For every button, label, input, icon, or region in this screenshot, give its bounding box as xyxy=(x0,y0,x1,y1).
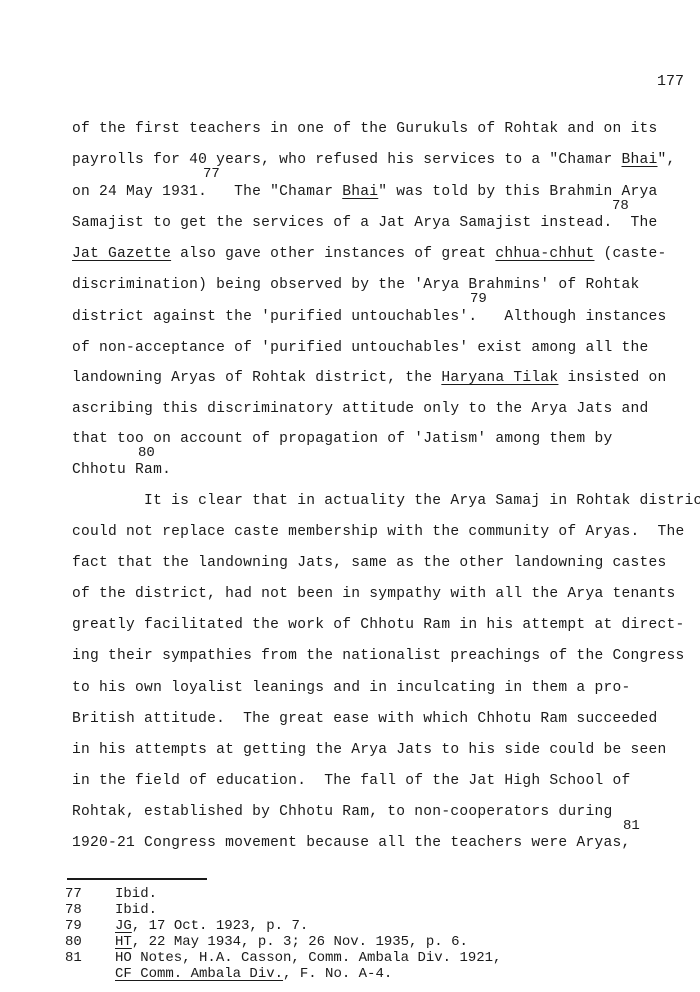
text-run: HO Notes, H.A. Casson, Comm. Ambala Div.… xyxy=(115,950,501,966)
text-line: Jat Gazette also gave other instances of… xyxy=(72,246,667,262)
superscript-77: 77 xyxy=(203,166,220,182)
text-line: greatly facilitated the work of Chhotu R… xyxy=(72,617,685,633)
text-run: Rohtak, established by Chhotu Ram, to no… xyxy=(72,804,612,820)
text-line: Rohtak, established by Chhotu Ram, to no… xyxy=(72,804,612,820)
superscript-81: 81 xyxy=(623,818,640,834)
superscript-79: 79 xyxy=(470,291,487,307)
footnote-number: 79 xyxy=(65,918,82,934)
text-run: of the district, had not been in sympath… xyxy=(72,586,676,602)
text-run: ", xyxy=(658,152,676,168)
superscript-78: 78 xyxy=(612,198,629,214)
text-run: ing their sympathies from the nationalis… xyxy=(72,648,685,664)
text-run: district against the 'purified untouchab… xyxy=(72,309,667,325)
text-line: discrimination) being observed by the 'A… xyxy=(72,277,639,293)
text-line: British attitude. The great ease with wh… xyxy=(72,711,658,727)
underlined-text: CF Comm. Ambala Div. xyxy=(115,966,283,982)
text-run: could not replace caste membership with … xyxy=(72,524,685,540)
text-line: ascribing this discriminatory attitude o… xyxy=(72,401,649,417)
text-line: to his own loyalist leanings and in incu… xyxy=(72,680,630,696)
text-run: , 17 Oct. 1923, p. 7. xyxy=(132,918,308,934)
footnote-text: HT, 22 May 1934, p. 3; 26 Nov. 1935, p. … xyxy=(115,934,468,950)
text-run: ascribing this discriminatory attitude o… xyxy=(72,401,649,417)
underlined-text: Bhai xyxy=(342,184,378,200)
text-line: could not replace caste membership with … xyxy=(72,524,685,540)
text-run: (caste- xyxy=(594,246,666,262)
text-line: of the district, had not been in sympath… xyxy=(72,586,676,602)
text-run: insisted on xyxy=(558,370,666,386)
footnote-number: 77 xyxy=(65,886,82,902)
underlined-text: Haryana Tilak xyxy=(441,370,558,386)
text-line: payrolls for 40 years, who refused his s… xyxy=(72,152,676,168)
text-run: in the field of education. The fall of t… xyxy=(72,773,630,789)
footnote-text: HO Notes, H.A. Casson, Comm. Ambala Div.… xyxy=(115,950,501,966)
footnote-text: CF Comm. Ambala Div., F. No. A-4. xyxy=(115,966,392,982)
text-line: district against the 'purified untouchab… xyxy=(72,309,667,325)
text-run: of the first teachers in one of the Guru… xyxy=(72,121,658,137)
page-number: 177 xyxy=(657,73,684,90)
text-run: payrolls for 40 years, who refused his s… xyxy=(72,152,621,168)
text-run: landowning Aryas of Rohtak district, the xyxy=(72,370,441,386)
text-line: in the field of education. The fall of t… xyxy=(72,773,630,789)
footnote-number: 80 xyxy=(65,934,82,950)
footnote-number: 81 xyxy=(65,950,82,966)
text-line: It is clear that in actuality the Arya S… xyxy=(72,493,700,509)
text-line: Samajist to get the services of a Jat Ar… xyxy=(72,215,658,231)
text-run: Ibid. xyxy=(115,902,157,918)
underlined-text: Jat Gazette xyxy=(72,246,171,262)
text-line: landowning Aryas of Rohtak district, the… xyxy=(72,370,667,386)
text-line: ing their sympathies from the nationalis… xyxy=(72,648,685,664)
text-run: fact that the landowning Jats, same as t… xyxy=(72,555,667,571)
text-run: , F. No. A-4. xyxy=(283,966,392,982)
text-run: also gave other instances of great xyxy=(171,246,495,262)
text-run: Ibid. xyxy=(115,886,157,902)
text-line: of the first teachers in one of the Guru… xyxy=(72,121,658,137)
text-line: 1920-21 Congress movement because all th… xyxy=(72,835,630,851)
footnote-divider xyxy=(67,878,207,880)
text-run: in his attempts at getting the Arya Jats… xyxy=(72,742,667,758)
text-line: on 24 May 1931. The "Chamar Bhai" was to… xyxy=(72,184,658,200)
text-line: of non-acceptance of 'purified untouchab… xyxy=(72,340,649,356)
text-run: 1920-21 Congress movement because all th… xyxy=(72,835,630,851)
footnote-number: 78 xyxy=(65,902,82,918)
footnote-text: Ibid. xyxy=(115,902,157,918)
footnote-text: Ibid. xyxy=(115,886,157,902)
underlined-text: chhua-chhut xyxy=(495,246,594,262)
text-run: British attitude. The great ease with wh… xyxy=(72,711,658,727)
text-run: Chhotu Ram. xyxy=(72,462,171,478)
text-run: greatly facilitated the work of Chhotu R… xyxy=(72,617,685,633)
text-run: Samajist to get the services of a Jat Ar… xyxy=(72,215,658,231)
text-run: on 24 May 1931. The "Chamar xyxy=(72,184,342,200)
text-run: It is clear that in actuality the Arya S… xyxy=(72,493,700,509)
text-run: discrimination) being observed by the 'A… xyxy=(72,277,639,293)
text-line: fact that the landowning Jats, same as t… xyxy=(72,555,667,571)
text-line: in his attempts at getting the Arya Jats… xyxy=(72,742,667,758)
superscript-80: 80 xyxy=(138,445,155,461)
underlined-text: Bhai xyxy=(621,152,657,168)
text-run: of non-acceptance of 'purified untouchab… xyxy=(72,340,649,356)
underlined-text: JG xyxy=(115,918,132,934)
underlined-text: HT xyxy=(115,934,132,950)
text-run: to his own loyalist leanings and in incu… xyxy=(72,680,630,696)
text-line: Chhotu Ram. xyxy=(72,462,171,478)
footnote-text: JG, 17 Oct. 1923, p. 7. xyxy=(115,918,308,934)
text-run: , 22 May 1934, p. 3; 26 Nov. 1935, p. 6. xyxy=(132,934,468,950)
